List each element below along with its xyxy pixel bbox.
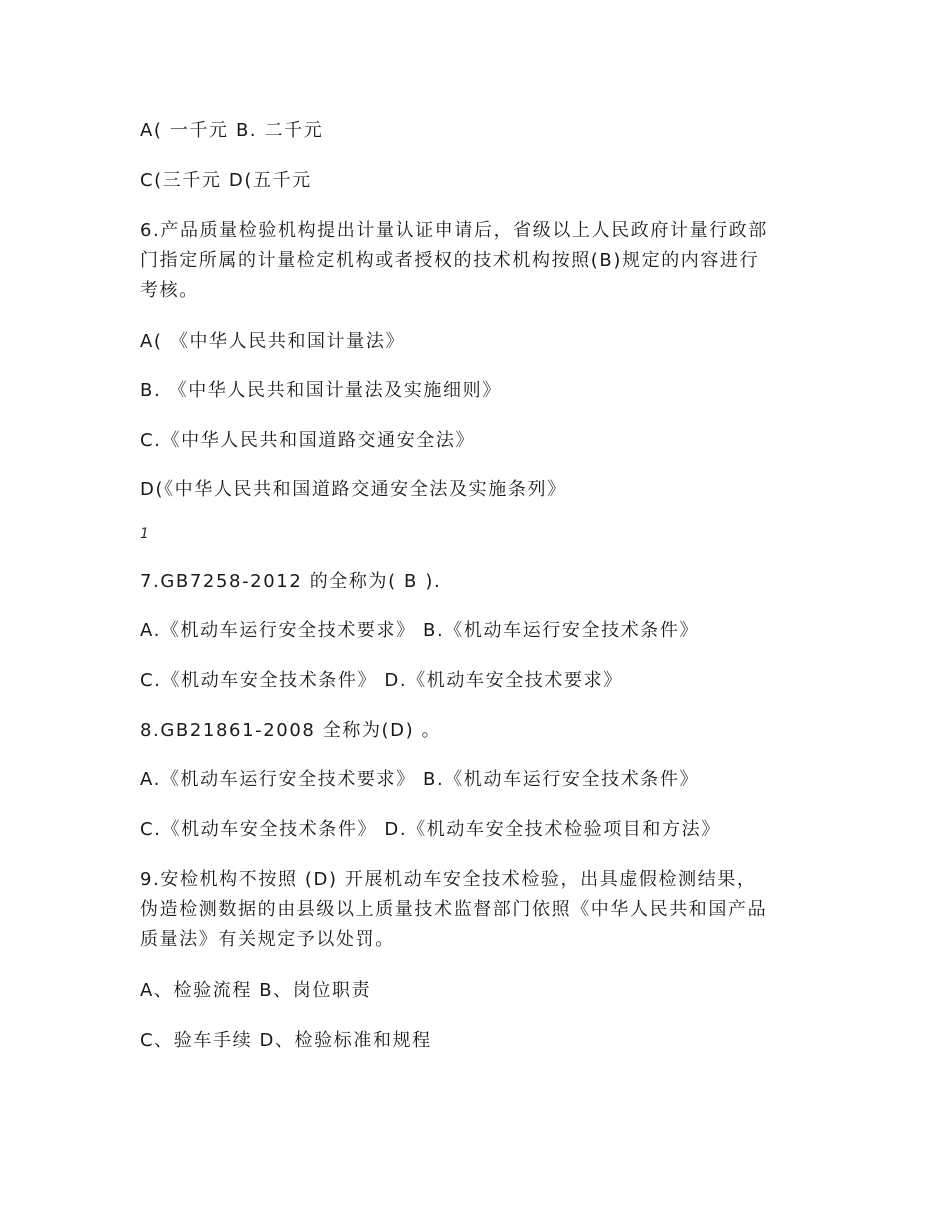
q7-question: 7.GB7258-2012 的全称为( B ).	[140, 567, 441, 597]
q8-options-ab: A.《机动车运行安全技术要求》 B.《机动车运行安全技术条件》	[140, 765, 699, 795]
q8-question: 8.GB21861-2008 全称为(D) 。	[140, 716, 441, 746]
q5-options-cd: C(三千元 D(五千元	[140, 166, 312, 196]
q9-options-cd: C、验车手续 D、检验标准和规程	[140, 1026, 432, 1056]
q6-question-line2: 门指定所属的计量检定机构或者授权的技术机构按照(B)规定的内容进行	[140, 246, 759, 276]
q9-question-line1: 9.安检机构不按照 (D) 开展机动车安全技术检验，出具虚假检测结果，	[140, 865, 757, 895]
q6-option-b: B. 《中华人民共和国计量法及实施细则》	[140, 376, 502, 406]
q6-question-line3: 考核。	[140, 276, 199, 306]
q9-options-ab: A、检验流程 B、岗位职责	[140, 976, 371, 1006]
q6-question-line1: 6.产品质量检验机构提出计量认证申请后，省级以上人民政府计量行政部	[140, 216, 768, 246]
q6-option-c: C.《中华人民共和国道路交通安全法》	[140, 426, 475, 456]
document-page: A( 一千元 B. 二千元 C(三千元 D(五千元 6.产品质量检验机构提出计量…	[0, 0, 950, 1230]
q6-option-d: D(《中华人民共和国道路交通安全法及实施条列》	[140, 475, 567, 505]
page-number: 1	[140, 526, 149, 542]
q5-options-ab: A( 一千元 B. 二千元	[140, 116, 323, 146]
q9-question-line3: 质量法》有关规定予以处罚。	[140, 925, 395, 955]
q8-options-cd: C.《机动车安全技术条件》 D.《机动车安全技术检验项目和方法》	[140, 815, 721, 845]
q7-options-cd: C.《机动车安全技术条件》 D.《机动车安全技术要求》	[140, 666, 623, 696]
q9-question-line2: 伪造检测数据的由县级以上质量技术监督部门依照《中华人民共和国产品	[140, 895, 767, 925]
q7-options-ab: A.《机动车运行安全技术要求》 B.《机动车运行安全技术条件》	[140, 616, 699, 646]
q6-option-a: A( 《中华人民共和国计量法》	[140, 327, 405, 357]
